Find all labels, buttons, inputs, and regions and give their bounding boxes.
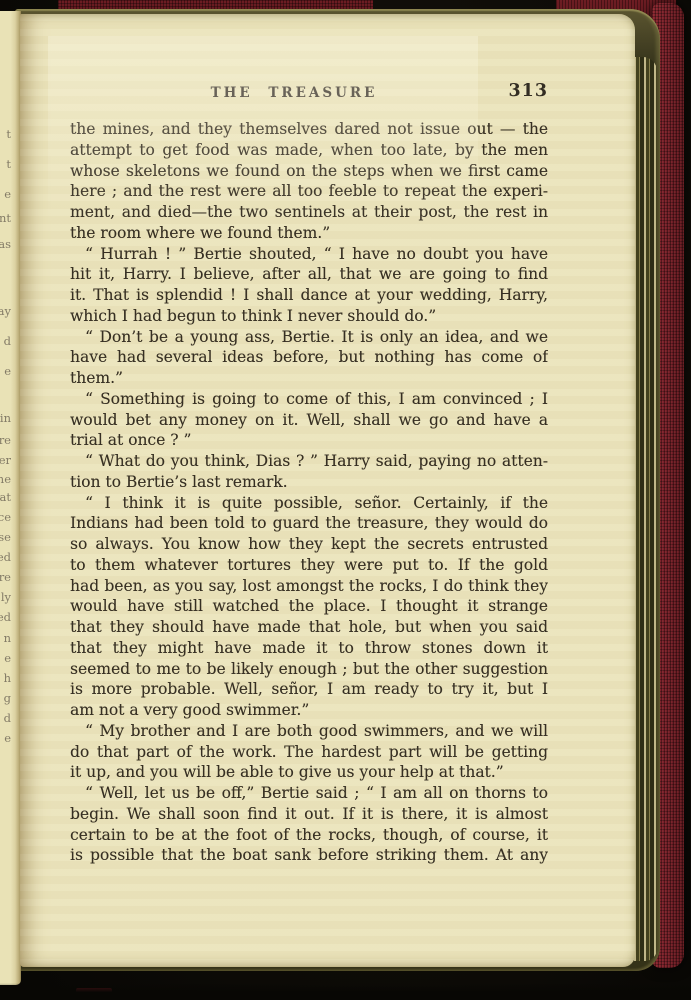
text-line: here ; and the rest were all too feeble … xyxy=(70,181,548,202)
book-page: THE TREASURE 313 the mines, and they the… xyxy=(20,14,635,967)
text-fragment: e xyxy=(4,652,11,664)
stacked-page-edge-stripes xyxy=(634,57,657,961)
text-line: would bet any money on it. Well, shall w… xyxy=(70,410,548,431)
text-fragment: se xyxy=(0,531,11,543)
text-line: so always. You know how they kept the se… xyxy=(70,534,548,555)
facing-page-text-fragments: ttentasaydeinreerneatceseedrelyednehgde xyxy=(0,0,12,1000)
text-fragment: nt xyxy=(0,212,11,224)
text-fragment: h xyxy=(4,672,11,684)
text-line: is more probable. Well, señor, I am read… xyxy=(70,679,548,700)
text-line: trial at once ? ” xyxy=(70,430,548,451)
text-line: the mines, and they themselves dared not… xyxy=(70,119,548,140)
text-line: begin. We shall soon find it out. If it … xyxy=(70,804,548,825)
text-fragment: d xyxy=(4,335,11,347)
text-fragment: at xyxy=(0,491,11,503)
text-line: would have still watched the place. I th… xyxy=(70,596,548,617)
book-cover-bottom-hint xyxy=(76,988,112,995)
text-fragment: ly xyxy=(1,591,11,603)
text-fragment: e xyxy=(4,365,11,377)
text-fragment: ay xyxy=(0,305,11,317)
text-fragment: t xyxy=(6,128,11,140)
text-line: “ Well, let us be off,” Bertie said ; “ … xyxy=(70,783,548,804)
text-line: “ Hurrah ! ” Bertie shouted, “ I have no… xyxy=(70,244,548,265)
text-line: “ Don’t be a young ass, Bertie. It is on… xyxy=(70,327,548,348)
text-fragment: n xyxy=(4,632,11,644)
page-number: 313 xyxy=(508,81,548,101)
text-fragment: ed xyxy=(0,551,11,563)
text-line: am not a very good swimmer.” xyxy=(70,700,548,721)
text-fragment: re xyxy=(0,434,11,446)
text-line: to them whatever tortures they were put … xyxy=(70,555,548,576)
text-line: which I had begun to think I never shoul… xyxy=(70,306,548,327)
text-fragment: ne xyxy=(0,473,11,485)
text-fragment: e xyxy=(4,188,11,200)
text-fragment: in xyxy=(0,412,11,424)
text-fragment: re xyxy=(0,571,11,583)
text-fragment: er xyxy=(0,454,11,466)
text-line: it. That is splendid ! I shall dance at … xyxy=(70,285,548,306)
text-line: “ What do you think, Dias ? ” Harry said… xyxy=(70,451,548,472)
text-line: them.” xyxy=(70,368,548,389)
text-line: Indians had been told to guard the treas… xyxy=(70,513,548,534)
text-fragment: g xyxy=(4,692,11,704)
text-line: “ My brother and I are both good swimmer… xyxy=(70,721,548,742)
text-line: “ I think it is quite possible, señor. C… xyxy=(70,493,548,514)
text-fragment: as xyxy=(0,238,11,250)
text-fragment: d xyxy=(4,712,11,724)
text-fragment: t xyxy=(6,158,11,170)
book-photo: ttentasaydeinreerneatceseedrelyednehgde … xyxy=(0,0,691,1000)
text-line: do that part of the work. The hardest pa… xyxy=(70,742,548,763)
text-line: “ Something is going to come of this, I … xyxy=(70,389,548,410)
text-fragment: ce xyxy=(0,511,11,523)
text-line: the room where we found them.” xyxy=(70,223,548,244)
text-line: certain to be at the foot of the rocks, … xyxy=(70,825,548,846)
text-line: have had several ideas before, but nothi… xyxy=(70,347,548,368)
text-line: seemed to me to be likely enough ; but t… xyxy=(70,659,548,680)
text-line: that they should have made that hole, bu… xyxy=(70,617,548,638)
page-body-text: the mines, and they themselves dared not… xyxy=(70,119,548,866)
text-fragment: ed xyxy=(0,611,11,623)
text-line: tion to Bertie’s last remark. xyxy=(70,472,548,493)
running-title: THE TREASURE xyxy=(70,85,518,101)
text-line: it up, and you will be able to give us y… xyxy=(70,762,548,783)
text-line: whose skeletons we found on the steps wh… xyxy=(70,161,548,182)
text-line: hit it, Harry. I believe, after all, tha… xyxy=(70,264,548,285)
text-line: is possible that the boat sank before st… xyxy=(70,845,548,866)
text-line: attempt to get food was made, when too l… xyxy=(70,140,548,161)
text-line: ment, and died—the two sentinels at thei… xyxy=(70,202,548,223)
running-header: THE TREASURE 313 xyxy=(70,85,548,107)
text-line: had been, as you say, lost amongst the r… xyxy=(70,576,548,597)
text-line: that they might have made it to throw st… xyxy=(70,638,548,659)
text-fragment: e xyxy=(4,732,11,744)
